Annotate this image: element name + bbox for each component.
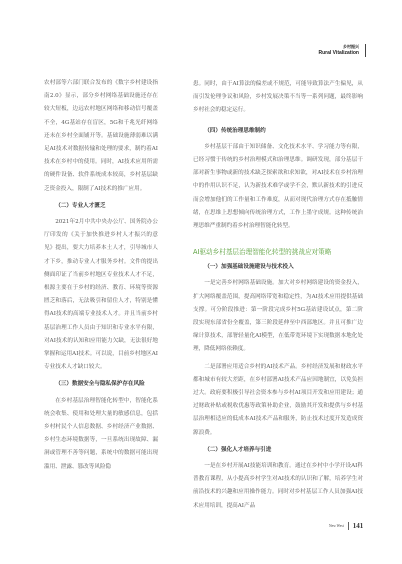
section-title: AI驱动乡村基层治理智能化转型的挑战应对策略 <box>193 246 363 258</box>
subheading-talent-shortage: （二）专业人才匮乏 <box>44 200 158 213</box>
subheading-data-security: （三）数据安全与隐私保护存在风险 <box>44 378 158 391</box>
paragraph: 2021年2月中共中央办公厅、国务院办公厅印发的《关于加快推进乡村人才振兴的意见… <box>44 216 158 374</box>
paragraph: 二是部署应用适合乡村的AI技术产品。乡村经济发展和财政水平都和城市有较大差距，在… <box>193 361 363 440</box>
paragraph: 在乡村基层治理智能化转型中，智能化系统会收集、使用和处理大量的敏感信息，包括乡村… <box>44 395 158 474</box>
left-column: 农村部等六部门联合发布的《数字乡村建设指南2.0》显示，部分乡村网络基础设施还存… <box>44 77 158 474</box>
right-column: 患。同时，由于AI算法的偏差或不规范，可能导致算法产生偏见，从而引发伦理争议和风… <box>193 78 363 513</box>
section-name-en: Rural Vitalization <box>319 50 359 57</box>
paragraph: 乡村基层干部由于知识储备、文化技术水平、学习能力等有限，已经习惯于传统的乡村治理… <box>193 141 363 233</box>
page-number: 141 <box>349 522 364 530</box>
paragraph: 一是在乡村开展AI技能培训和教育。通过在乡村中小学开设AI科普教育课程，从小提高… <box>193 460 363 513</box>
paragraph: 一是完善乡村网络基础设施。加大对乡村网络建设的资金投入，扩大网络覆盖范围，提高网… <box>193 277 363 356</box>
magazine-name: New West <box>329 522 349 530</box>
subheading-talent-training: （二）强化人才培养与引进 <box>193 444 363 457</box>
page-footer: New West 141 <box>329 522 363 530</box>
running-header: 乡村振兴 Rural Vitalization <box>319 44 366 57</box>
paragraph: 患。同时，由于AI算法的偏差或不规范，可能导致算法产生偏见，从而引发伦理争议和风… <box>193 78 363 118</box>
subheading-infrastructure: （一）加强基础设施建设与技术投入 <box>193 261 363 274</box>
paragraph: 农村部等六部门联合发布的《数字乡村建设指南2.0》显示，部分乡村网络基础设施还存… <box>44 77 158 196</box>
subheading-traditional-thinking: （四）传统治理思维制约 <box>193 125 363 138</box>
